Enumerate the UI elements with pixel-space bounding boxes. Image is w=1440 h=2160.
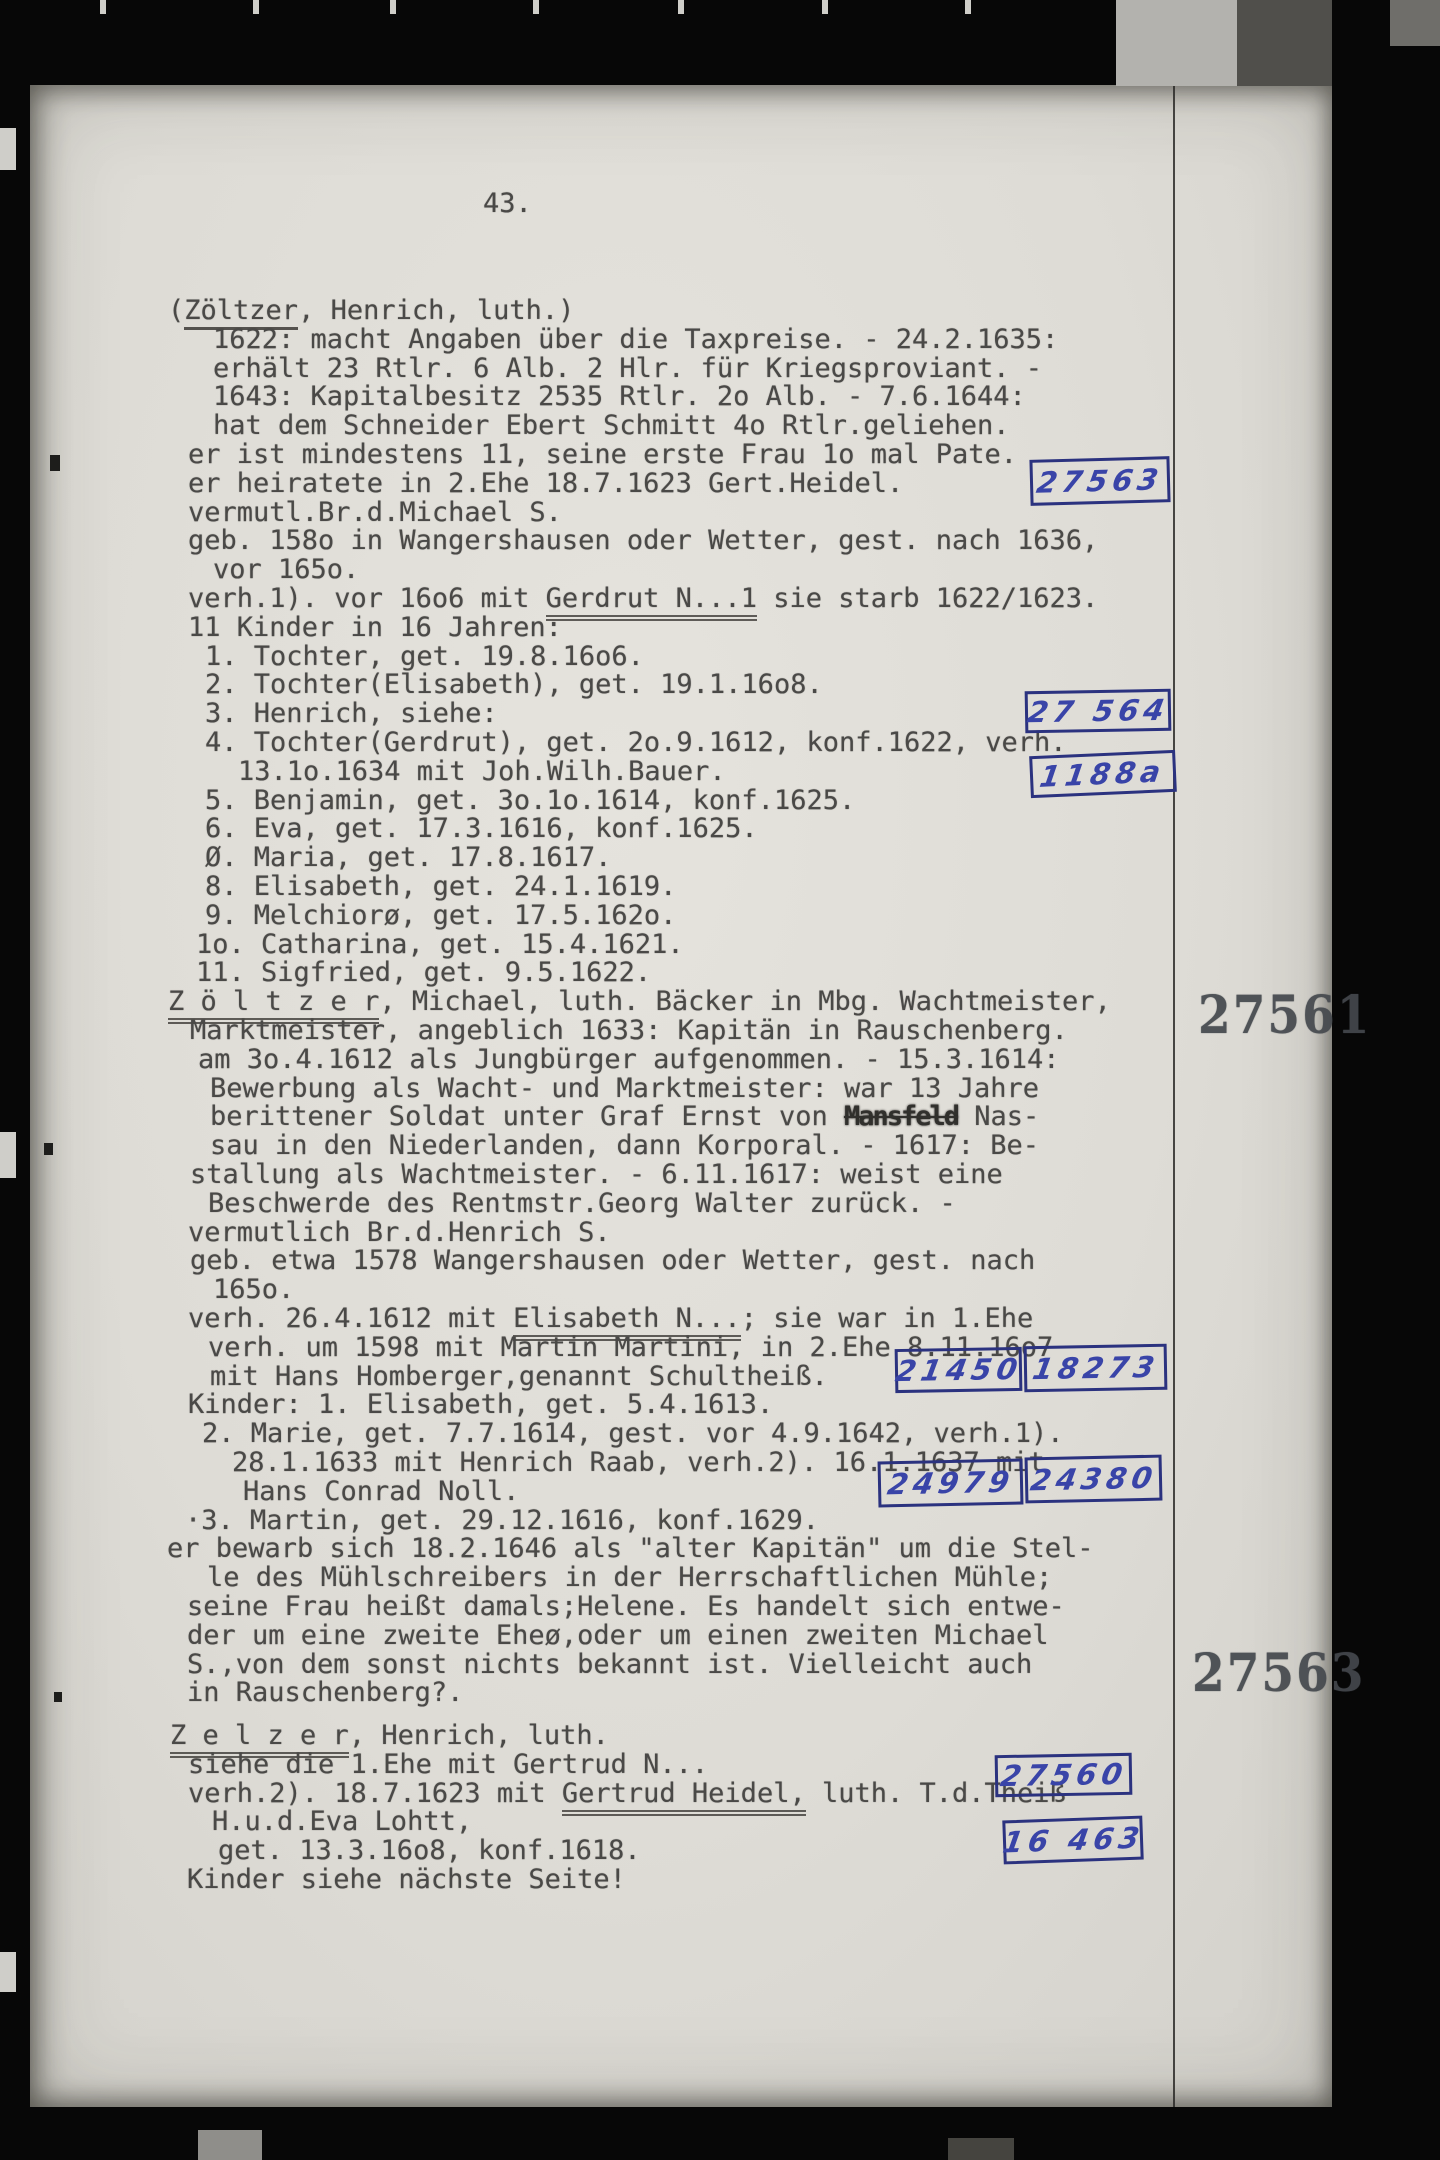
- typed-line: 9. Melchiorø, get. 17.5.162o.: [205, 901, 676, 931]
- typed-segment-u2: Gertrud Heidel,: [562, 1778, 806, 1816]
- typed-line: Z ö l t z e r, Michael, luth. Bäcker in …: [168, 987, 1111, 1017]
- typed-segment: ; sie war in 1.Ehe: [741, 1303, 1034, 1334]
- typed-segment: 8. Elisabeth, get. 24.1.1619.: [205, 871, 676, 902]
- typed-line: siehe die 1.Ehe mit Gertrud N...: [188, 1750, 708, 1780]
- typed-segment: get. 13.3.16o8, konf.1618.: [218, 1835, 641, 1866]
- typed-line: 2. Marie, get. 7.7.1614, gest. vor 4.9.1…: [202, 1419, 1064, 1449]
- typed-segment: ·3. Martin, get. 29.12.1616, konf.1629.: [185, 1505, 819, 1536]
- margin-ref-box: 21450: [895, 1347, 1023, 1393]
- typed-line: 165o.: [213, 1275, 294, 1305]
- typed-segment: er heiratete in 2.Ehe 18.7.1623 Gert.Hei…: [188, 468, 903, 499]
- typed-line: 11. Sigfried, get. 9.5.1622.: [196, 958, 651, 988]
- page-number: 43.: [483, 188, 532, 219]
- film-tick: [100, 0, 106, 14]
- typed-line: 1o. Catharina, get. 15.4.1621.: [196, 930, 684, 960]
- typed-line: Kinder siehe nächste Seite!: [187, 1865, 626, 1895]
- typed-line: geb. etwa 1578 Wangershausen oder Wetter…: [190, 1246, 1035, 1276]
- film-tick: [390, 0, 396, 14]
- typed-segment: sie starb 1622/1623.: [757, 583, 1098, 614]
- typed-segment: 165o.: [213, 1274, 294, 1305]
- film-block: [1390, 0, 1440, 46]
- typed-line: 5. Benjamin, get. 3o.1o.1614, konf.1625.: [205, 786, 855, 816]
- typed-line: 13.1o.1634 mit Joh.Wilh.Bauer.: [238, 757, 726, 787]
- ref-box-number: 27563: [1034, 462, 1166, 499]
- typed-segment: 3. Henrich, siehe:: [205, 698, 498, 729]
- typed-line: Ø. Maria, get. 17.8.1617.: [205, 843, 611, 873]
- typed-line: vor 165o.: [213, 555, 359, 585]
- typed-line: H.u.d.Eva Lohtt,: [212, 1807, 472, 1837]
- typed-segment: Bewerbung als Wacht- und Marktmeister: w…: [210, 1073, 1039, 1104]
- film-block: [1237, 0, 1332, 86]
- typed-segment: Kinder: 1. Elisabeth, get. 5.4.1613.: [188, 1389, 773, 1420]
- film-notch: [0, 128, 16, 170]
- margin-ref-box: 16 463: [1002, 1816, 1143, 1865]
- typed-line: vermutl.Br.d.Michael S.: [188, 498, 562, 528]
- typed-line: verh.1). vor 16o6 mit Gerdrut N...1 sie …: [188, 584, 1098, 614]
- typed-line: (Zöltzer, Henrich, luth.): [168, 296, 574, 326]
- typed-line: 1643: Kapitalbesitz 2535 Rtlr. 2o Alb. -…: [213, 382, 1026, 412]
- typed-line: vermutlich Br.d.Henrich S.: [188, 1218, 611, 1248]
- typed-line: hat dem Schneider Ebert Schmitt 4o Rtlr.…: [213, 411, 1010, 441]
- typed-segment: am 3o.4.1612 als Jungbürger aufgenommen.…: [198, 1044, 1060, 1075]
- margin-ref-box: 27563: [1029, 456, 1170, 506]
- typed-line: Beschwerde des Rentmstr.Georg Walter zur…: [208, 1189, 956, 1219]
- paper-speck: [50, 455, 60, 471]
- film-tick: [533, 0, 539, 14]
- typed-segment: Hans Conrad Noll.: [243, 1476, 519, 1507]
- typed-segment: , Henrich, luth.): [298, 295, 574, 326]
- typed-line: 1. Tochter, get. 19.8.16o6.: [205, 642, 644, 672]
- ref-box-number: 27 564: [1025, 693, 1172, 730]
- typed-segment-u2: Gerdrut N...1: [546, 583, 757, 621]
- typed-line: ·3. Martin, get. 29.12.1616, konf.1629.: [185, 1506, 819, 1536]
- typed-segment: vermutl.Br.d.Michael S.: [188, 497, 562, 528]
- typed-segment: der um eine zweite Eheø,oder um einen zw…: [187, 1620, 1049, 1651]
- typed-segment: , Michael, luth. Bäcker in Mbg. Wachtmei…: [379, 986, 1111, 1017]
- typed-line: Marktmeister, angeblich 1633: Kapitän in…: [190, 1016, 1068, 1046]
- ref-box-number: 24380: [1028, 1461, 1160, 1498]
- margin-ref-box: 24380: [1025, 1455, 1163, 1504]
- typed-segment: hat dem Schneider Ebert Schmitt 4o Rtlr.…: [213, 410, 1010, 441]
- typed-line: 4. Tochter(Gerdrut), get. 2o.9.1612, kon…: [205, 728, 1067, 758]
- margin-rule: [1173, 85, 1175, 2107]
- typed-segment: sau in den Niederlanden, dann Korporal. …: [210, 1130, 1039, 1161]
- typed-line: der um eine zweite Eheø,oder um einen zw…: [187, 1621, 1049, 1651]
- typed-line: 1622: macht Angaben über die Taxpreise. …: [213, 325, 1058, 355]
- typed-segment: berittener Soldat unter Graf Ernst von: [210, 1101, 844, 1132]
- typed-line: sau in den Niederlanden, dann Korporal. …: [210, 1131, 1039, 1161]
- scanned-archive-page: 43. (Zöltzer, Henrich, luth.)1622: macht…: [0, 0, 1440, 2160]
- margin-ref-box: 24979: [878, 1458, 1024, 1507]
- ref-box-number: 1188a: [1038, 754, 1168, 794]
- typed-segment: Nas-: [958, 1101, 1039, 1132]
- film-notch: [0, 1952, 16, 1992]
- typed-segment: vor 165o.: [213, 554, 359, 585]
- typed-segment: er bewarb sich 18.2.1646 als "alter Kapi…: [167, 1533, 1094, 1564]
- typed-segment: Kinder siehe nächste Seite!: [187, 1864, 626, 1895]
- typed-line: er ist mindestens 11, seine erste Frau 1…: [188, 440, 1017, 470]
- typed-line: Kinder: 1. Elisabeth, get. 5.4.1613.: [188, 1390, 773, 1420]
- film-block: [948, 2138, 1014, 2160]
- film-block: [198, 2130, 262, 2160]
- typed-line: 8. Elisabeth, get. 24.1.1619.: [205, 872, 676, 902]
- typed-segment: in Rauschenberg?.: [187, 1677, 463, 1708]
- typed-segment: H.u.d.Eva Lohtt,: [212, 1806, 472, 1837]
- typed-line: verh.2). 18.7.1623 mit Gertrud Heidel, l…: [188, 1779, 1066, 1809]
- typed-segment: geb. 158o in Wangershausen oder Wetter, …: [188, 525, 1098, 556]
- typed-line: berittener Soldat unter Graf Ernst von M…: [210, 1102, 1039, 1132]
- typed-line: mit Hans Homberger,genannt Schultheiß.: [210, 1362, 828, 1392]
- ref-box-number: 16 463: [1000, 1820, 1146, 1859]
- typed-segment: 2. Marie, get. 7.7.1614, gest. vor 4.9.1…: [202, 1418, 1064, 1449]
- typed-segment: 13.1o.1634 mit Joh.Wilh.Bauer.: [238, 756, 726, 787]
- typed-line: in Rauschenberg?.: [187, 1678, 463, 1708]
- typed-segment: 1643: Kapitalbesitz 2535 Rtlr. 2o Alb. -…: [213, 381, 1026, 412]
- typed-segment: erhält 23 Rtlr. 6 Alb. 2 Hlr. für Kriegs…: [213, 353, 1042, 384]
- typed-segment: , Henrich, luth.: [349, 1720, 609, 1751]
- typed-segment: 9. Melchiorø, get. 17.5.162o.: [205, 900, 676, 931]
- typed-line: stallung als Wachtmeister. - 6.11.1617: …: [190, 1160, 1003, 1190]
- typed-segment: le des Mühlschreibers in der Herrschaftl…: [207, 1562, 1052, 1593]
- typed-segment: (: [168, 295, 184, 326]
- typed-line: geb. 158o in Wangershausen oder Wetter, …: [188, 526, 1098, 556]
- typed-segment: seine Frau heißt damals;Helene. Es hande…: [187, 1591, 1065, 1622]
- margin-ref-box: 18273: [1024, 1344, 1168, 1392]
- typed-segment: 11 Kinder in 16 Jahren:: [188, 612, 562, 643]
- margin-ref-box: 27 564: [1025, 689, 1172, 734]
- typed-line: Hans Conrad Noll.: [243, 1477, 519, 1507]
- film-tick: [822, 0, 828, 14]
- typed-line: Bewerbung als Wacht- und Marktmeister: w…: [210, 1074, 1039, 1104]
- typed-line: get. 13.3.16o8, konf.1618.: [218, 1836, 641, 1866]
- margin-ref-box: 27560: [995, 1753, 1133, 1797]
- typed-segment: 1. Tochter, get. 19.8.16o6.: [205, 641, 644, 672]
- typed-line: S.,von dem sonst nichts bekannt ist. Vie…: [187, 1650, 1032, 1680]
- typed-segment: Marktmeister, angeblich 1633: Kapitän in…: [190, 1015, 1068, 1046]
- ref-box-number: 21450: [893, 1352, 1025, 1388]
- typed-line: am 3o.4.1612 als Jungbürger aufgenommen.…: [198, 1045, 1060, 1075]
- typed-line: erhält 23 Rtlr. 6 Alb. 2 Hlr. für Kriegs…: [213, 354, 1042, 384]
- typed-segment: verh.2). 18.7.1623 mit: [188, 1778, 562, 1809]
- typed-line: 3. Henrich, siehe:: [205, 699, 498, 729]
- typed-segment: vermutlich Br.d.Henrich S.: [188, 1217, 611, 1248]
- stamp-number: 27561: [1198, 985, 1372, 1047]
- typed-line: le des Mühlschreibers in der Herrschaftl…: [207, 1563, 1052, 1593]
- film-notch: [0, 1132, 16, 1178]
- typed-segment: 6. Eva, get. 17.3.1616, konf.1625.: [205, 813, 758, 844]
- typed-segment: 4. Tochter(Gerdrut), get. 2o.9.1612, kon…: [205, 727, 1067, 758]
- typed-segment: 11. Sigfried, get. 9.5.1622.: [196, 957, 651, 988]
- paper-speck: [44, 1143, 53, 1155]
- ref-box-number: 24979: [885, 1465, 1017, 1502]
- typed-line: Z e l z e r, Henrich, luth.: [170, 1721, 609, 1751]
- film-tick: [253, 0, 259, 14]
- typed-segment: 1622: macht Angaben über die Taxpreise. …: [213, 324, 1058, 355]
- typed-segment: 5. Benjamin, get. 3o.1o.1614, konf.1625.: [205, 785, 855, 816]
- ref-box-number: 18273: [1030, 1350, 1162, 1386]
- typed-line: 2. Tochter(Elisabeth), get. 19.1.16o8.: [205, 670, 823, 700]
- stamp-number: 27563: [1192, 1643, 1366, 1705]
- typed-segment: Ø. Maria, get. 17.8.1617.: [205, 842, 611, 873]
- film-tick: [678, 0, 684, 14]
- typed-line: er bewarb sich 18.2.1646 als "alter Kapi…: [167, 1534, 1094, 1564]
- typed-line: 11 Kinder in 16 Jahren:: [188, 613, 562, 643]
- typed-line: verh. 26.4.1612 mit Elisabeth N...; sie …: [188, 1304, 1033, 1334]
- typed-segment: S.,von dem sonst nichts bekannt ist. Vie…: [187, 1649, 1032, 1680]
- typed-segment-xx: Mansfeld: [844, 1101, 958, 1132]
- film-block: [1116, 0, 1237, 86]
- typed-segment: siehe die 1.Ehe mit Gertrud N...: [188, 1749, 708, 1780]
- typed-line: er heiratete in 2.Ehe 18.7.1623 Gert.Hei…: [188, 469, 903, 499]
- typed-line: 6. Eva, get. 17.3.1616, konf.1625.: [205, 814, 758, 844]
- typed-segment: geb. etwa 1578 Wangershausen oder Wetter…: [190, 1245, 1035, 1276]
- typed-segment: stallung als Wachtmeister. - 6.11.1617: …: [190, 1159, 1003, 1190]
- typed-segment: Beschwerde des Rentmstr.Georg Walter zur…: [208, 1188, 956, 1219]
- typed-segment: verh. 26.4.1612 mit: [188, 1303, 513, 1334]
- typed-segment: 2. Tochter(Elisabeth), get. 19.1.16o8.: [205, 669, 823, 700]
- typed-segment: verh.1). vor 16o6 mit: [188, 583, 546, 614]
- typed-segment: mit Hans Homberger,genannt Schultheiß.: [210, 1361, 828, 1392]
- typed-line: seine Frau heißt damals;Helene. Es hande…: [187, 1592, 1065, 1622]
- ref-box-number: 27560: [998, 1757, 1130, 1793]
- paper-speck: [54, 1692, 62, 1702]
- typed-segment: 1o. Catharina, get. 15.4.1621.: [196, 929, 684, 960]
- typed-segment: er ist mindestens 11, seine erste Frau 1…: [188, 439, 1017, 470]
- film-tick: [965, 0, 971, 14]
- margin-ref-box: 1188a: [1029, 750, 1177, 798]
